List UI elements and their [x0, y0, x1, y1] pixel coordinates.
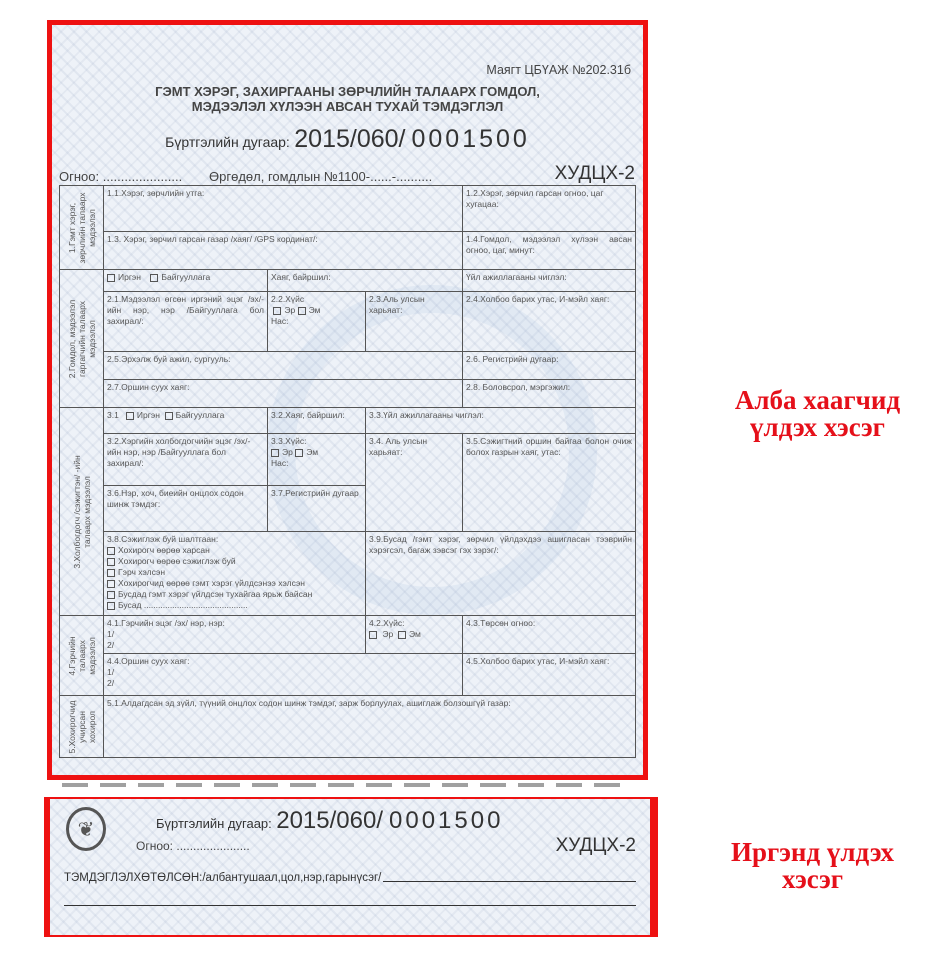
form-title: ГЭМТ ХЭРЭГ, ЗАХИРГААНЫ ЗӨРЧЛИЙН ТАЛААРХ …	[52, 84, 643, 114]
field-3-7-register-number[interactable]: 3.7.Регистрийн дугаар	[268, 486, 366, 532]
form-title-line1: ГЭМТ ХЭРЭГ, ЗАХИРГААНЫ ЗӨРЧЛИЙН ТАЛААРХ …	[52, 84, 643, 99]
field-3-8-suspicion-reason: 3.8.Сэжиглэж буй шалтгаан: Хохирогч өөрө…	[104, 532, 366, 616]
form-title-line2: МЭДЭЭЛЭЛ ХҮЛЭЭН АВСАН ТУХАЙ ТЭМДЭГЛЭЛ	[52, 99, 643, 114]
field-4-4-witness-residence[interactable]: 4.4.Оршин суух хаяг: 1/ 2/	[104, 654, 463, 696]
field-3-3-gender: 3.3.Хүйс: Эр Эм Нас:	[268, 434, 366, 486]
checkbox-organization[interactable]	[150, 274, 158, 282]
registration-prefix: 2015/060/	[294, 125, 405, 153]
field-4-3-birth-date[interactable]: 4.3.Төрсөн огноо:	[463, 616, 636, 654]
field-3-3-activity[interactable]: 3.3.Үйл ажиллагааны чиглэл:	[366, 408, 636, 434]
stub-signed-by: ТЭМДЭГЛЭЛХӨТӨЛСӨН:/албантушаал,цол,нэр,г…	[64, 868, 636, 884]
checkbox-reason-1[interactable]	[107, 547, 115, 555]
field-2-5-occupation[interactable]: 2.5.Эрхэлж буй ажил, сургууль:	[104, 352, 463, 380]
field-1-2-offense-time[interactable]: 1.2.Хэрэг, зөрчил гарсан огноо, цаг хуга…	[463, 186, 636, 232]
citizen-part-annotation: Иргэнд үлдэх хэсэг	[690, 839, 935, 893]
checkbox-suspect-organization[interactable]	[165, 412, 173, 420]
field-4-5-witness-contact[interactable]: 4.5.Холбоо барих утас, И-мэйл хаяг:	[463, 654, 636, 696]
form-code: Маягт ЦБҮАЖ №202.31б	[486, 63, 631, 77]
stub-registration-prefix: 2015/060/	[276, 807, 383, 834]
field-1-3-location[interactable]: 1.3. Хэрэг, зөрчил гарсан газар /хаяг/ /…	[104, 232, 463, 270]
report-form-table: 1.Гэмт хэрэг,зөрчлийн талаархмэдээлэл 1.…	[59, 185, 636, 758]
complaint-number-field[interactable]: Өргөдөл, гомдлын №1100-......-..........	[209, 169, 432, 184]
field-2-6-register-number[interactable]: 2.6. Регистрийн дугаар:	[463, 352, 636, 380]
stub-signed-by-label: ТЭМДЭГЛЭЛХӨТӨЛСӨН:/албантушаал,цол,нэр,г…	[64, 872, 381, 884]
section-3-label: 3.Холбогдогч /сэжигтэн/ -ийнталаарх мэдэ…	[60, 408, 104, 616]
field-3-9-other[interactable]: 3.9.Бусад /гэмт хэрэг, зөрчил үйлдэхдээ …	[366, 532, 636, 616]
checkbox-reason-3[interactable]	[107, 569, 115, 577]
checkbox-witness-male[interactable]	[369, 631, 377, 639]
section-2-label: 2.Гомдол, мэдээлэлгаргагчийн талаархмэдэ…	[60, 270, 104, 408]
stub-registration-number: Бүртгэлийн дугаар: 2015/060/0001500	[156, 807, 503, 835]
stub-signature-line[interactable]	[383, 881, 636, 882]
checkbox-witness-female[interactable]	[398, 631, 406, 639]
stub-registration-serial: 0001500	[389, 807, 503, 834]
field-3-1-type: 3.1 Иргэн Байгууллага	[104, 408, 268, 434]
checkbox-reason-4[interactable]	[107, 580, 115, 588]
citizen-copy-frame: ❦ Бүртгэлийн дугаар: 2015/060/0001500 Ог…	[44, 797, 658, 937]
section-1-label: 1.Гэмт хэрэг,зөрчлийн талаархмэдээлэл	[60, 186, 104, 270]
checkbox-female[interactable]	[298, 307, 306, 315]
field-2-3-nationality[interactable]: 2.3.Аль улсын харьяат:	[366, 292, 463, 352]
date-field[interactable]: Огноо: ......................	[59, 169, 182, 184]
field-4-1-witness-name[interactable]: 4.1.Гэрчийн эцэг /эх/ нэр, нэр: 1/ 2/	[104, 616, 366, 654]
field-2-8-education[interactable]: 2.8. Боловсрол, мэргэжил:	[463, 380, 636, 408]
stub-registration-label: Бүртгэлийн дугаар:	[156, 816, 272, 831]
field-2-2-gender: 2.2.Хүйс Эр Эм Нас:	[268, 292, 366, 352]
stub-signature-line-2[interactable]	[64, 905, 636, 906]
checkbox-citizen[interactable]	[107, 274, 115, 282]
registration-label: Бүртгэлийн дугаар:	[165, 134, 290, 150]
checkbox-suspect-citizen[interactable]	[126, 412, 134, 420]
officer-copy-frame: Маягт ЦБҮАЖ №202.31б ГЭМТ ХЭРЭГ, ЗАХИРГА…	[47, 20, 648, 780]
officer-copy-sheet: Маягт ЦБҮАЖ №202.31б ГЭМТ ХЭРЭГ, ЗАХИРГА…	[52, 25, 643, 775]
field-2-activity[interactable]: Үйл ажиллагааны чиглэл:	[463, 270, 636, 292]
checkbox-reason-6[interactable]	[107, 602, 115, 610]
checkbox-reason-2[interactable]	[107, 558, 115, 566]
field-2-1-reporter-name[interactable]: 2.1.Мэдээлэл өгсөн иргэний эцэг /эх/-ийн…	[104, 292, 268, 352]
field-3-2-address[interactable]: 3.2.Хаяг, байршил:	[268, 408, 366, 434]
field-3-2-suspect-name[interactable]: 3.2.Хэргийн холбогдогчийн эцэг /эх/-ийн …	[104, 434, 268, 486]
field-3-4-nationality[interactable]: 3.4. Аль улсын харьяат:	[366, 434, 463, 532]
tear-off-line	[62, 783, 627, 787]
field-4-2-gender: 4.2.Хүйс: Эр Эм	[366, 616, 463, 654]
officer-part-annotation: Алба хаагчид үлдэх хэсэг	[695, 387, 940, 441]
checkbox-reason-5[interactable]	[107, 591, 115, 599]
section-5-label: 5.Хохирогчидучирсанхохирол	[60, 696, 104, 758]
document-code: ХУДЦХ-2	[555, 163, 635, 185]
checkbox-suspect-female[interactable]	[295, 449, 303, 457]
registration-serial: 0001500	[412, 125, 530, 153]
field-1-4-received-time[interactable]: 1.4.Гомдол, мэдээлэл хүлээн авсан огноо,…	[463, 232, 636, 270]
field-3-6-features[interactable]: 3.6.Нэр, хоч, биеийн онцлох содон шинж т…	[104, 486, 268, 532]
stub-date-field[interactable]: Огноо: ......................	[136, 839, 250, 853]
state-emblem-icon: ❦	[66, 807, 106, 851]
date-row: Огноо: ...................... Өргөдөл, г…	[59, 163, 635, 187]
checkbox-male[interactable]	[273, 307, 281, 315]
registration-number: Бүртгэлийн дугаар: 2015/060/0001500	[52, 125, 643, 154]
stub-document-code: ХУДЦХ-2	[556, 835, 636, 857]
section-4-label: 4.Гэрчийнталаархмэдээлэл	[60, 616, 104, 696]
field-2-address[interactable]: Хаяг, байршил:	[268, 270, 463, 292]
field-5-1-lost-property[interactable]: 5.1.Алдагдсан эд зүйл, түүний онцлох сод…	[104, 696, 636, 758]
field-2-4-contact[interactable]: 2.4.Холбоо барих утас, И-мэйл хаяг:	[463, 292, 636, 352]
field-2-7-residence[interactable]: 2.7.Оршин суух хаяг:	[104, 380, 463, 408]
field-1-1-offense[interactable]: 1.1.Хэрэг, зөрчлийн утга:	[104, 186, 463, 232]
field-3-5-whereabouts[interactable]: 3.5.Сэжигтний оршин байгаа болон очиж бо…	[463, 434, 636, 532]
checkbox-suspect-male[interactable]	[271, 449, 279, 457]
field-2-type: Иргэн Байгууллага	[104, 270, 268, 292]
